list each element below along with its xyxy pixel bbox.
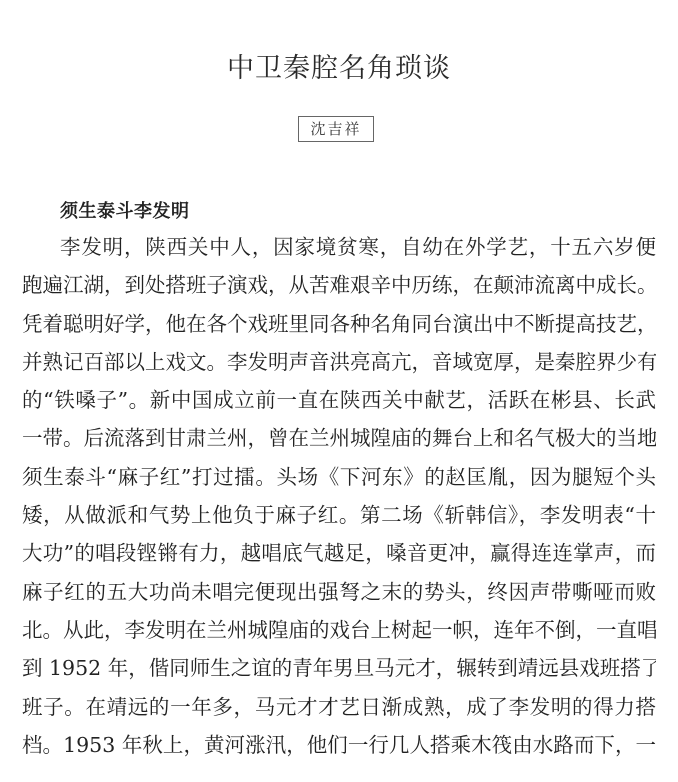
article-title: 中卫秦腔名角琐谈 xyxy=(0,46,678,85)
paragraph-line: 的“铁嗓子”。新中国成立前一直在陕西关中献艺，活跃在彬县、长武 xyxy=(22,381,656,419)
paragraph-line: 一带。后流落到甘肃兰州，曾在兰州城隍庙的舞台上和名气极大的当地 xyxy=(22,419,656,457)
paragraph-line: 跑遍江湖，到处搭班子演戏，从苦难艰辛中历练，在颠沛流离中成长。 xyxy=(22,266,656,304)
article-body: 李发明，陕西关中人，因家境贫寒，自幼在外学艺，十五六岁便 跑遍江湖，到处搭班子演… xyxy=(22,228,656,764)
paragraph-line: 档。1953 年秋上，黄河涨汛，他们一行几人搭乘木筏由水路而下，一 xyxy=(22,726,656,764)
paragraph-line: 大功”的唱段铿锵有力，越唱底气越足，嗓音更冲，赢得连连掌声，而 xyxy=(22,534,656,572)
paragraph-line: 须生泰斗“麻子红”打过擂。头场《下河东》的赵匡胤，因为腿短个头 xyxy=(22,458,656,496)
paragraph-line: 并熟记百部以上戏文。李发明声音洪亮高亢，音域宽厚，是秦腔界少有 xyxy=(22,343,656,381)
paragraph-line: 李发明，陕西关中人，因家境贫寒，自幼在外学艺，十五六岁便 xyxy=(22,228,656,266)
paragraph-line: 凭着聪明好学，他在各个戏班里同各种名角同台演出中不断提高技艺， xyxy=(22,305,656,343)
paragraph-line: 班子。在靖远的一年多，马元才才艺日渐成熟，成了李发明的得力搭 xyxy=(22,688,656,726)
document-page: 中卫秦腔名角琐谈 沈吉祥 须生泰斗李发明 李发明，陕西关中人，因家境贫寒，自幼在… xyxy=(0,0,678,782)
paragraph-line: 北。从此，李发明在兰州城隍庙的戏台上树起一帜，连年不倒，一直唱 xyxy=(22,611,656,649)
section-heading: 须生泰斗李发明 xyxy=(60,197,190,223)
paragraph-line: 矮，从做派和气势上他负于麻子红。第二场《斩韩信》，李发明表“十 xyxy=(22,496,656,534)
paragraph-line: 到 1952 年，偕同师生之谊的青年男旦马元才，辗转到靖远县戏班搭了 xyxy=(22,649,656,687)
paragraph-line: 麻子红的五大功尚未唱完便现出强弩之末的势头，终因声带嘶哑而败 xyxy=(22,573,656,611)
author-name: 沈吉祥 xyxy=(298,116,374,142)
